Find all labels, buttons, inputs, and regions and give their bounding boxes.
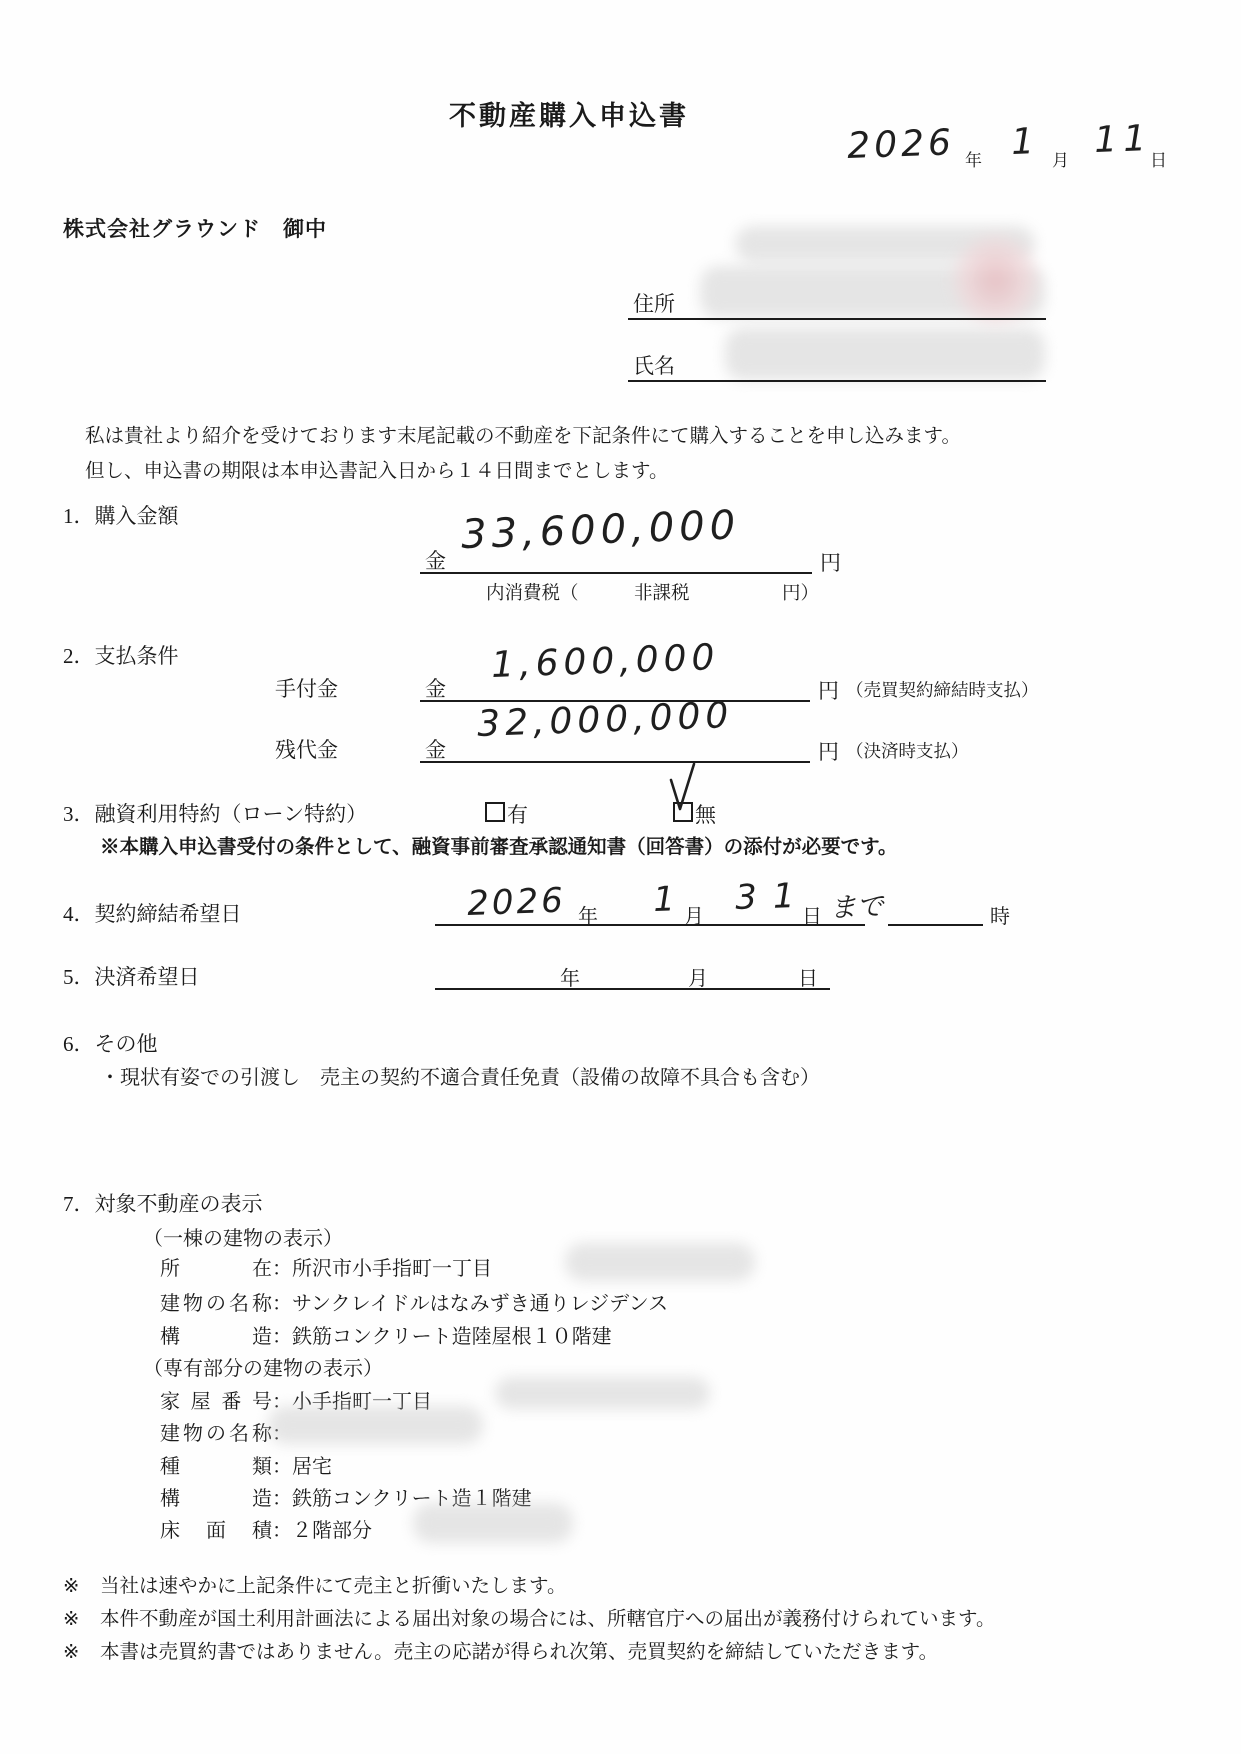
loan-yes-label: 有 bbox=[507, 799, 528, 829]
purchase-amount-handwritten: 33,600,000 bbox=[460, 502, 740, 558]
consumption-tax-line: 内消費税（ 非課税 円） bbox=[486, 579, 819, 605]
loan-condition-note: ※本購入申込書受付の条件として、融資事前審査承認通知書（回答書）の添付が必要です… bbox=[100, 831, 898, 859]
section3-heading: 3．融資利用特約（ローン特約） bbox=[63, 798, 367, 828]
contract-made-handwritten: まで bbox=[829, 884, 884, 925]
section4-heading: 4．契約締結希望日 bbox=[63, 898, 242, 928]
address-line bbox=[628, 290, 1046, 320]
date-month-handwritten: 1 bbox=[1011, 121, 1035, 163]
property-location-value: 所沢市小手指町一丁目 bbox=[292, 1258, 492, 1280]
amount-yen-label: 円 bbox=[820, 547, 841, 577]
intro-line-1: 私は貴社より紹介を受けております末尾記載の不動産を下記条件にて購入することを申し… bbox=[85, 420, 961, 448]
contract-month-handwritten: 1 bbox=[653, 879, 676, 920]
deposit-note: （売買契約締結時支払） bbox=[846, 677, 1039, 702]
contract-hour-line bbox=[888, 886, 983, 926]
colon: ： bbox=[272, 1488, 292, 1510]
redacted-floor-area-blur bbox=[413, 1503, 573, 1543]
loan-no-label: 無 bbox=[695, 799, 716, 829]
asis-delivery-bullet: ・現状有姿での引渡し 売主の契約不適合責任免責（設備の故障不具合も含む） bbox=[100, 1061, 820, 1090]
colon: ： bbox=[272, 1293, 292, 1315]
unit-structure-label: 構造 bbox=[160, 1482, 272, 1511]
intro-line-2: 但し、申込書の期限は本申込書記入日から１４日間までとします。 bbox=[85, 455, 668, 483]
building-name-label: 建物の名称 bbox=[160, 1287, 272, 1316]
section5-heading: 5．決済希望日 bbox=[63, 961, 200, 991]
balance-note: （決済時支払） bbox=[846, 738, 969, 763]
footnote-1: ※当社は速やかに上記条件にて売主と折衝いたします。 bbox=[63, 1570, 566, 1598]
balance-kin-label: 金 bbox=[425, 734, 446, 764]
contract-hour-label: 時 bbox=[990, 900, 1010, 929]
section7-heading: 7．対象不動産の表示 bbox=[63, 1188, 263, 1218]
contract-year-handwritten: 2026 bbox=[467, 881, 567, 924]
deposit-yen-label: 円 bbox=[818, 675, 839, 705]
page-title: 不動産購入申込書 bbox=[449, 94, 689, 133]
colon: ： bbox=[272, 1326, 292, 1348]
date-day-label: 日 bbox=[1150, 146, 1167, 171]
redacted-location-blur bbox=[565, 1243, 755, 1281]
footnote-2: ※本件不動産が国土利用計画法による届出対象の場合には、所轄官庁への届出が義務付け… bbox=[63, 1603, 995, 1631]
date-year-handwritten: 2026 bbox=[847, 122, 956, 167]
section6-heading: 6．その他 bbox=[63, 1028, 158, 1058]
footnote-3-text: 本書は売買約書ではありません。売主の応諾が得られ次第、売買契約を締結していただき… bbox=[100, 1642, 938, 1663]
settlement-day-label: 日 bbox=[798, 962, 818, 991]
contract-day-label: 日 bbox=[802, 900, 822, 929]
type-value: 居宅 bbox=[292, 1456, 332, 1478]
date-month-label: 月 bbox=[1052, 146, 1069, 171]
name-label: 氏名 bbox=[633, 350, 675, 380]
structure-label: 構造 bbox=[160, 1320, 272, 1349]
unit-name-label: 建物の名称 bbox=[160, 1417, 272, 1446]
house-number-label: 家屋番号 bbox=[160, 1385, 272, 1414]
colon: ： bbox=[272, 1258, 292, 1280]
property-row-type: 種類：居宅 bbox=[160, 1450, 332, 1479]
contract-day-handwritten: 31 bbox=[735, 875, 812, 918]
reference-mark: ※ bbox=[63, 1607, 100, 1631]
section2-heading: 2．支払条件 bbox=[63, 640, 179, 670]
reference-mark: ※ bbox=[63, 1640, 100, 1664]
floor-area-value: ２階部分 bbox=[292, 1520, 372, 1542]
colon: ： bbox=[272, 1456, 292, 1478]
property-row-location: 所在：所沢市小手指町一丁目 bbox=[160, 1252, 492, 1281]
floor-area-label: 床面積 bbox=[160, 1514, 272, 1543]
settlement-month-label: 月 bbox=[688, 962, 708, 991]
property-row-structure: 構造：鉄筋コンクリート造陸屋根１０階建 bbox=[160, 1320, 612, 1349]
loan-yes-checkbox[interactable] bbox=[485, 802, 505, 822]
property-row-floor-area: 床面積：２階部分 bbox=[160, 1514, 372, 1543]
footnote-2-text: 本件不動産が国土利用計画法による届出対象の場合には、所轄官庁への届出が義務付けら… bbox=[100, 1609, 995, 1630]
section1-heading: 1．購入金額 bbox=[63, 500, 179, 530]
redacted-unit-name-blur bbox=[268, 1406, 483, 1444]
settlement-year-label: 年 bbox=[560, 962, 580, 991]
colon: ： bbox=[272, 1520, 292, 1542]
contract-month-label: 月 bbox=[684, 900, 704, 929]
footnote-3: ※本書は売買約書ではありません。売主の応諾が得られ次第、売買契約を締結していただ… bbox=[63, 1636, 938, 1664]
contract-year-label: 年 bbox=[578, 900, 598, 929]
date-day-handwritten: 11 bbox=[1094, 118, 1153, 161]
whole-building-header: （一棟の建物の表示） bbox=[143, 1222, 343, 1251]
date-year-label: 年 bbox=[965, 146, 982, 171]
address-label: 住所 bbox=[633, 288, 675, 318]
purchase-application-document: 不動産購入申込書 2026 年 1 月 11 日 株式会社グラウンド 御中 住所… bbox=[0, 0, 1241, 1754]
structure-value: 鉄筋コンクリート造陸屋根１０階建 bbox=[292, 1326, 612, 1348]
recipient-company: 株式会社グラウンド 御中 bbox=[63, 213, 327, 243]
reference-mark: ※ bbox=[63, 1574, 100, 1598]
footnote-1-text: 当社は速やかに上記条件にて売主と折衝いたします。 bbox=[100, 1576, 566, 1597]
amount-kin-label: 金 bbox=[425, 545, 446, 575]
exclusive-part-header: （専有部分の建物の表示） bbox=[143, 1352, 383, 1381]
property-location-label: 所在 bbox=[160, 1252, 272, 1281]
type-label: 種類 bbox=[160, 1450, 272, 1479]
deposit-label: 手付金 bbox=[275, 673, 338, 703]
building-name-value: サンクレイドルはなみずき通りレジデンス bbox=[292, 1293, 668, 1315]
settlement-date-line bbox=[435, 950, 830, 990]
handwritten-checkmark-icon bbox=[666, 762, 698, 812]
deposit-amount-handwritten: 1,600,000 bbox=[491, 637, 721, 686]
deposit-kin-label: 金 bbox=[425, 673, 446, 703]
property-row-building-name: 建物の名称：サンクレイドルはなみずき通りレジデンス bbox=[160, 1287, 668, 1316]
balance-label: 残代金 bbox=[275, 734, 338, 764]
balance-yen-label: 円 bbox=[818, 736, 839, 766]
name-line bbox=[628, 352, 1046, 382]
redacted-house-number-blur bbox=[495, 1377, 710, 1409]
